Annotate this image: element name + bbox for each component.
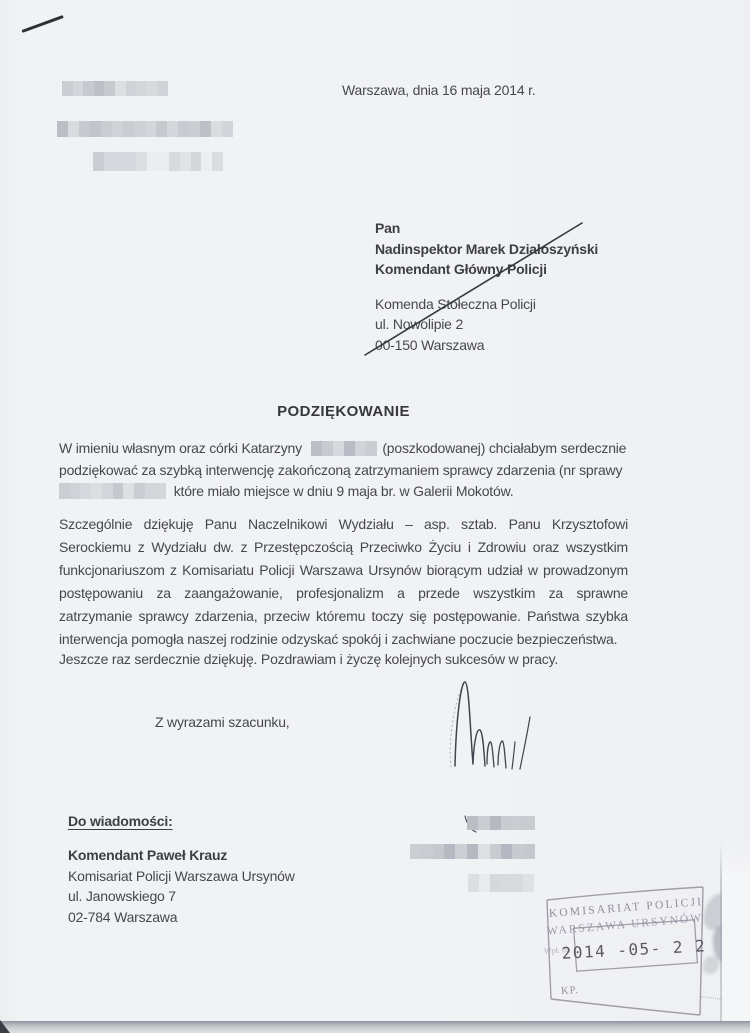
paragraph-1-line-1: W imieniu własnym oraz córki Katarzyny (… <box>59 438 639 460</box>
sender-redaction <box>93 152 223 171</box>
signature-redaction <box>467 816 535 830</box>
letter-title: PODZIĘKOWANIE <box>59 403 628 420</box>
handwritten-signature <box>435 672 560 837</box>
pen-corner-mark <box>21 15 63 33</box>
signature-redaction <box>410 844 535 859</box>
paragraph-2-line: Szczególnie dziękuję Panu Naczelnikowi W… <box>59 514 628 537</box>
sender-redaction <box>57 121 233 137</box>
paragraph-3: Jeszcze raz serdecznie dziękuję. Pozdraw… <box>59 649 659 671</box>
cc-org: Komisariat Policji Warszawa Ursynów <box>68 866 295 887</box>
stamp-footer: KP. <box>561 985 580 997</box>
paper-right-edge <box>722 843 750 1033</box>
paragraph-2-line: zatrzymanie sprawcy zdarzenia, przeciw k… <box>59 606 628 629</box>
paragraph-2: Szczególnie dziękuję Panu Naczelnikowi W… <box>59 514 628 652</box>
paragraph-2-line: funkcjonariuszom z Komisariatu Policji W… <box>59 560 628 583</box>
paragraph-2-line: postępowaniu za zaangażowanie, profesjon… <box>59 583 628 606</box>
paper-right-edge-line <box>720 843 722 1033</box>
cc-city: 02-784 Warszawa <box>68 907 295 928</box>
date-line: Warszawa, dnia 16 maja 2014 r. <box>342 80 535 102</box>
pen-strike-line <box>355 213 595 363</box>
paragraph-1-line-2: podziękować za szybką interwencję zakońc… <box>59 460 639 482</box>
scanned-letter-page: Warszawa, dnia 16 maja 2014 r. Pan Nadin… <box>0 0 750 1033</box>
case-number-redaction <box>59 483 166 499</box>
cc-heading: Do wiadomości: <box>68 811 173 833</box>
cc-street: ul. Janowskiego 7 <box>68 886 295 907</box>
victim-name-redaction <box>311 441 377 456</box>
cc-block: Komendant Paweł Krauz Komisariat Policji… <box>68 845 295 927</box>
closing-phrase: Z wyrazami szacunku, <box>155 712 289 734</box>
sender-redaction <box>62 81 168 96</box>
paragraph-1: W imieniu własnym oraz córki Katarzyny (… <box>59 438 639 503</box>
paragraph-1-line-3: które miało miejsce w dniu 9 maja br. w … <box>59 481 639 503</box>
signature-redaction <box>468 874 534 892</box>
scan-bottom-edge <box>0 1021 750 1033</box>
cc-name: Komendant Paweł Krauz <box>68 845 295 866</box>
stamp-date: 2014 -05- 2 2 <box>561 936 707 963</box>
police-stamp: KOMISARIAT POLICJI WARSZAWA URSYNÓW Wpł.… <box>533 874 728 1026</box>
paragraph-2-line: Serockiemu z Wydziału dw. z Przestępczoś… <box>59 537 628 560</box>
